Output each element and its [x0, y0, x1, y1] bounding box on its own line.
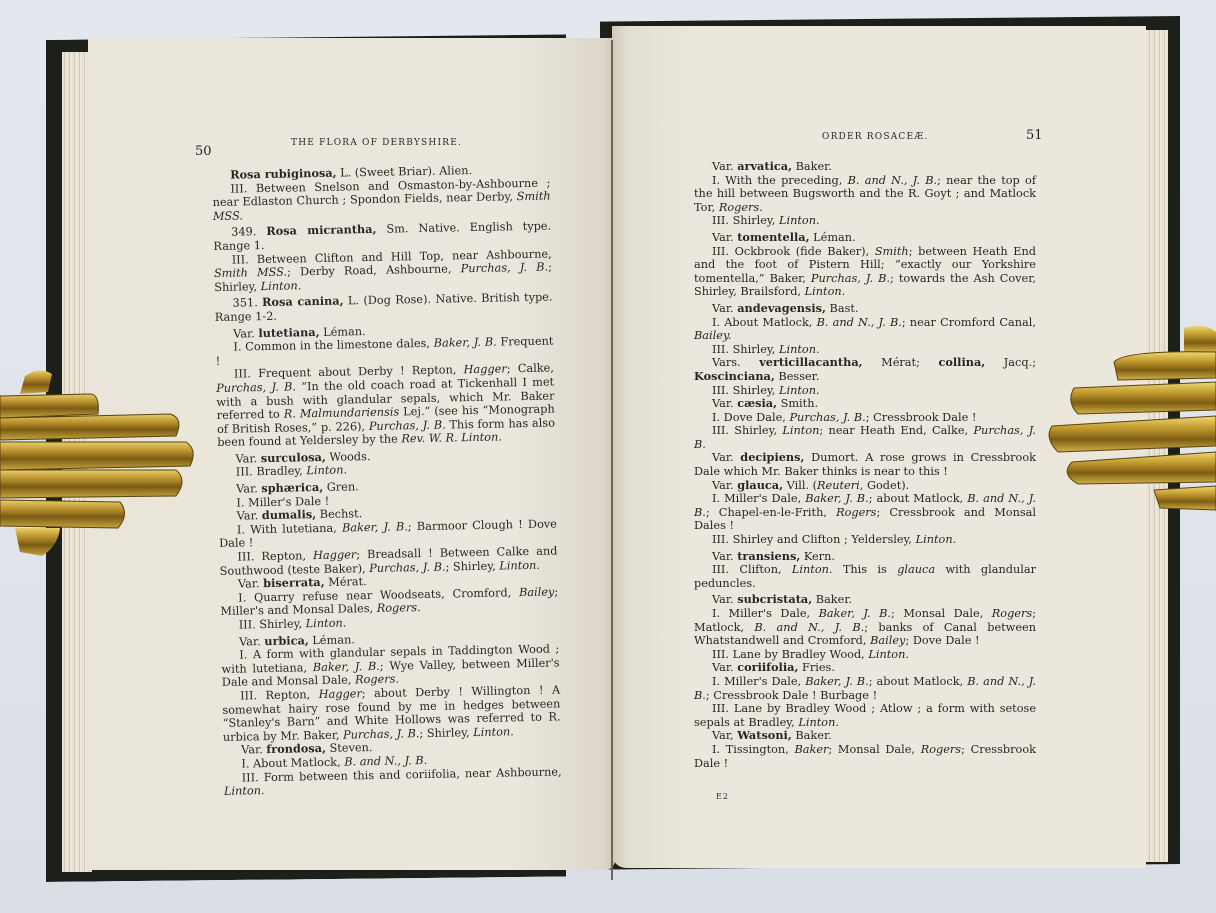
variety-entry: Var. glauca, Vill. (Reuteri, Godet).: [694, 479, 1036, 493]
page-number: 51: [1026, 128, 1043, 143]
book-gutter: [611, 40, 613, 880]
running-head: ORDER ROSACEÆ.: [822, 132, 929, 142]
variety-entry: Var. transiens, Kern.: [694, 550, 1036, 564]
right-page-text: Var. arvatica, Baker. I. With the preced…: [694, 160, 1036, 770]
species-entry: 351. Rosa canina, L. (Dog Rose). Native.…: [214, 291, 552, 325]
brass-hand-weight-right: [1044, 322, 1216, 522]
left-page-text: Rosa rubiginosa, L. (Sweet Briar). Alien…: [212, 163, 562, 799]
printer-signature: E2: [716, 792, 729, 801]
variety-entry: Var. tomentella, Léman.: [694, 231, 1036, 245]
page-number: 50: [195, 144, 212, 159]
variety-entry: Var. andevagensis, Bast.: [694, 302, 1036, 316]
variety-entry: Var. coriifolia, Fries.: [694, 661, 1036, 675]
variety-entry: Var. decipiens, Dumort. A rose grows in …: [694, 451, 1036, 478]
variety-entry: Var. arvatica, Baker.: [694, 160, 1036, 174]
variety-entry: Var. subcristata, Baker.: [694, 593, 1036, 607]
running-head: THE FLORA OF DERBYSHIRE.: [291, 138, 462, 148]
variety-entry: Vars. verticillacantha, Mérat; collina, …: [694, 356, 1036, 383]
brass-hand-weight-left: [0, 366, 200, 561]
variety-entry: Var. cæsia, Smith.: [694, 397, 1036, 411]
variety-entry: Var, Watsoni, Baker.: [694, 729, 1036, 743]
